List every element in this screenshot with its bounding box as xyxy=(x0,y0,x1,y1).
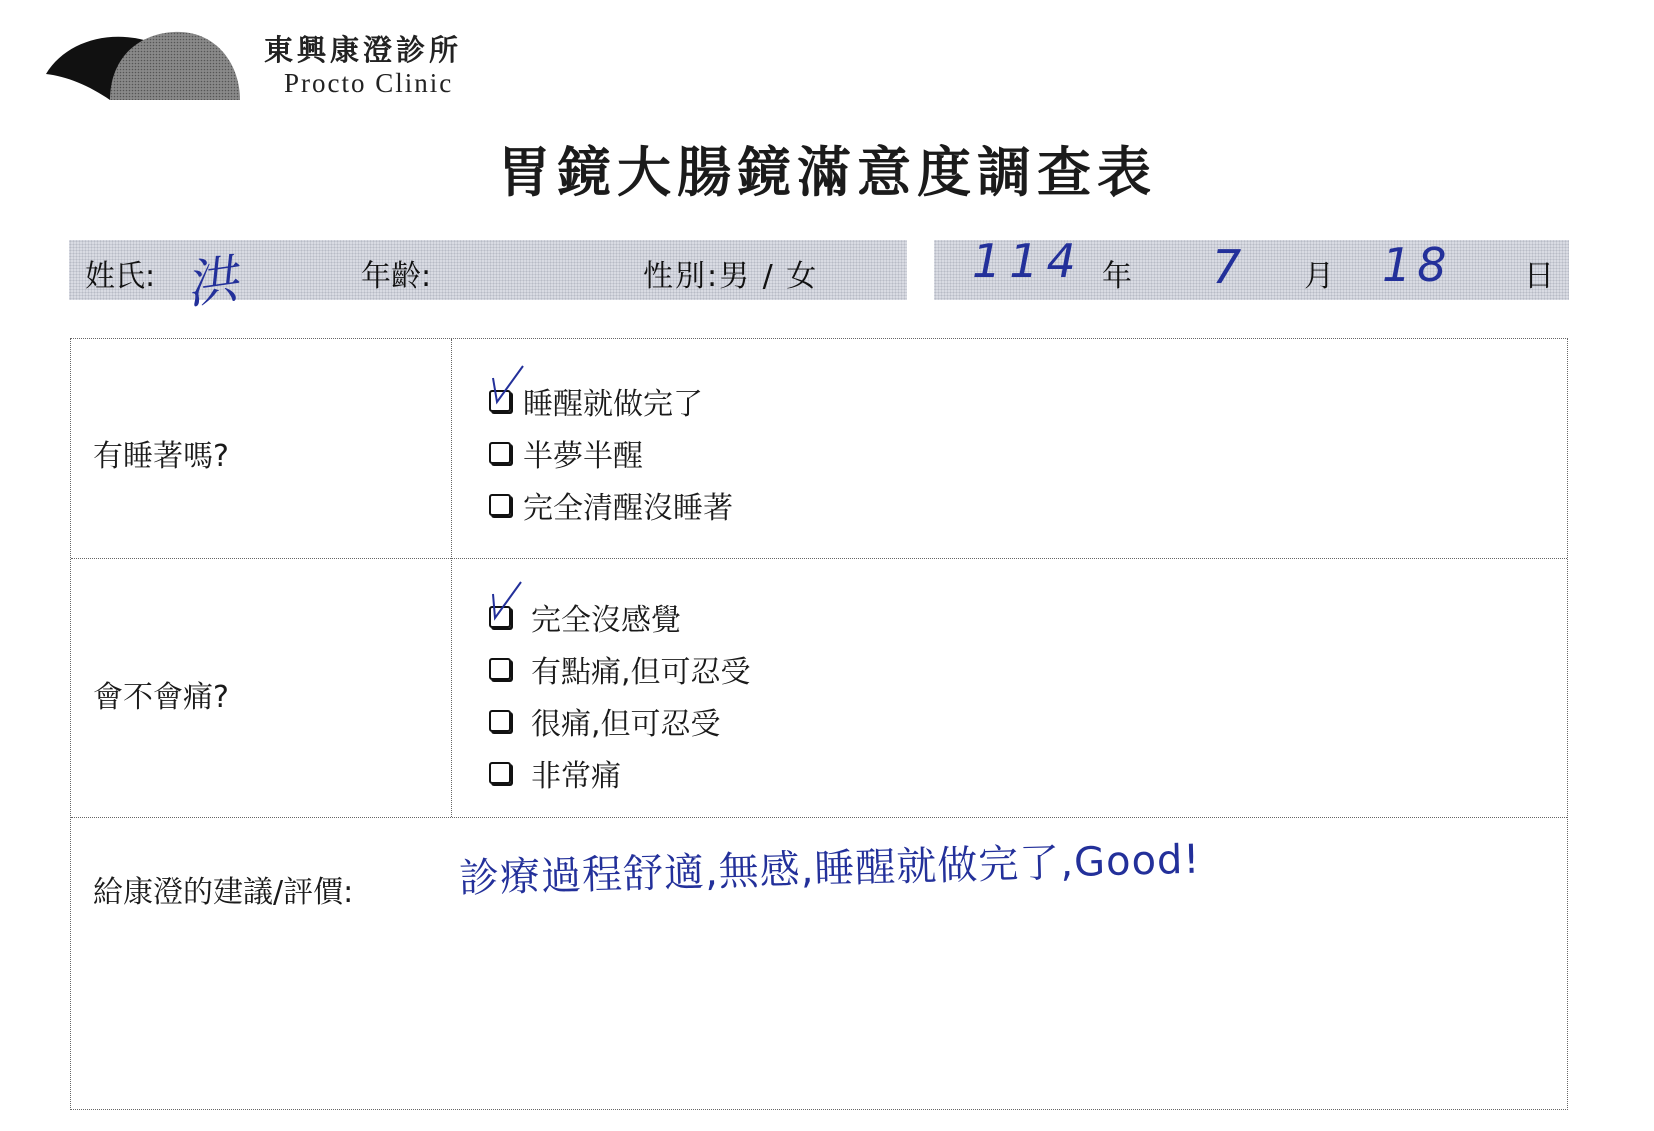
row-divider xyxy=(71,817,1567,818)
column-divider xyxy=(451,339,452,817)
option-pain-extreme[interactable]: 非常痛 xyxy=(489,751,621,795)
day-label: 日 xyxy=(1524,251,1554,295)
checkbox-checked[interactable] xyxy=(489,390,511,412)
date-band: 114 年 7 月 18 日 xyxy=(934,240,1569,300)
checkbox-checked[interactable] xyxy=(489,606,511,628)
clinic-logo-icon xyxy=(44,26,244,102)
comment-field[interactable]: 診療過程舒適,無感,睡醒就做完了,Good! xyxy=(458,828,1201,904)
comment-label: 給康澄的建議/評價: xyxy=(93,867,353,911)
checkbox[interactable] xyxy=(489,494,511,516)
year-label: 年 xyxy=(1102,251,1132,295)
name-field[interactable]: 洪 xyxy=(180,237,242,319)
day-field[interactable]: 18 xyxy=(1382,238,1453,292)
checkbox[interactable] xyxy=(489,710,511,732)
row-divider xyxy=(71,558,1567,559)
option-sleep-half-awake[interactable]: 半夢半醒 xyxy=(489,431,643,475)
option-sleep-awake-done[interactable]: 睡醒就做完了 xyxy=(489,379,703,423)
survey-table: 有睡著嗎? 睡醒就做完了 半夢半醒 完全清醒沒睡著 會不會痛? 完全沒感覺 有點… xyxy=(70,338,1568,1110)
month-field[interactable]: 7 xyxy=(1212,240,1241,294)
clinic-name-cn: 東興康澄診所 xyxy=(264,28,462,69)
clinic-name-en: Procto Clinic xyxy=(284,68,453,99)
month-label: 月 xyxy=(1304,251,1334,295)
question-pain-label: 會不會痛? xyxy=(93,672,229,716)
age-field[interactable] xyxy=(459,251,619,287)
option-sleep-fully-awake[interactable]: 完全清醒沒睡著 xyxy=(489,483,733,527)
patient-info-band: 姓氏: 洪 年齡: 性別:男 / 女 xyxy=(69,240,907,300)
checkbox[interactable] xyxy=(489,442,511,464)
page-title: 胃鏡大腸鏡滿意度調查表 xyxy=(0,130,1654,207)
option-pain-very[interactable]: 很痛,但可忍受 xyxy=(489,699,721,743)
name-label: 姓氏: xyxy=(85,251,155,295)
question-sleep-label: 有睡著嗎? xyxy=(93,431,229,475)
checkbox[interactable] xyxy=(489,762,511,784)
handwritten-check-icon xyxy=(489,578,529,626)
year-field[interactable]: 114 xyxy=(972,234,1084,288)
handwritten-check-icon xyxy=(489,362,529,410)
checkbox[interactable] xyxy=(489,658,511,680)
gender-field[interactable]: 性別:男 / 女 xyxy=(643,251,818,295)
option-pain-slight[interactable]: 有點痛,但可忍受 xyxy=(489,647,751,691)
option-pain-none[interactable]: 完全沒感覺 xyxy=(489,595,681,639)
age-label: 年齡: xyxy=(361,251,431,295)
